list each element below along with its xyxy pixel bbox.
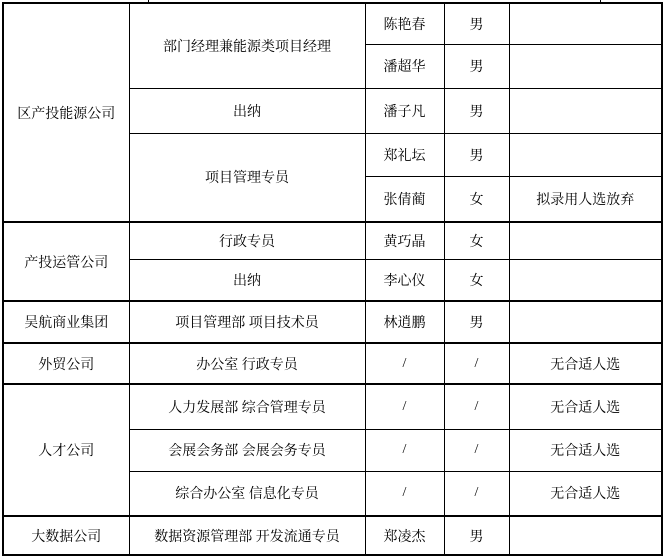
table-row: 人才公司 人力发展部 综合管理专员 / / 无合适人选 [3, 384, 662, 429]
name-cell: / [365, 471, 444, 516]
name-cell: / [365, 384, 444, 429]
gender-cell: 男 [444, 44, 509, 88]
name-cell: 林逍鹏 [365, 301, 444, 343]
gender-cell: 男 [444, 133, 509, 176]
gender-cell: 男 [444, 301, 509, 343]
company-cell: 产投运管公司 [3, 222, 129, 301]
company-cell: 吴航商业集团 [3, 301, 129, 343]
gender-cell: / [444, 384, 509, 429]
remark-cell [509, 516, 662, 555]
table-row: 区产投能源公司 部门经理兼能源类项目经理 陈艳春 男 [3, 3, 662, 44]
name-cell: 李心仪 [365, 259, 444, 301]
remark-cell: 无合适人选 [509, 384, 662, 429]
name-cell: 陈艳春 [365, 3, 444, 44]
position-cell: 办公室 行政专员 [129, 343, 365, 384]
position-cell: 部门经理兼能源类项目经理 [129, 3, 365, 88]
remark-cell [509, 222, 662, 259]
remark-cell: 无合适人选 [509, 429, 662, 471]
position-cell: 会展会务部 会展会务专员 [129, 429, 365, 471]
remark-cell [509, 133, 662, 176]
name-cell: 郑凌杰 [365, 516, 444, 555]
table-row: 外贸公司 办公室 行政专员 / / 无合适人选 [3, 343, 662, 384]
gender-cell: 男 [444, 516, 509, 555]
company-cell: 人才公司 [3, 384, 129, 516]
gender-cell: 女 [444, 176, 509, 222]
table-row: 产投运管公司 行政专员 黄巧晶 女 [3, 222, 662, 259]
name-cell: / [365, 343, 444, 384]
document-page: 区产投能源公司 部门经理兼能源类项目经理 陈艳春 男 潘超华 男 出纳 潘子凡 … [0, 0, 665, 558]
position-cell: 出纳 [129, 88, 365, 133]
gender-cell: 男 [444, 3, 509, 44]
remark-cell: 拟录用人选放弃 [509, 176, 662, 222]
gender-cell: / [444, 471, 509, 516]
table-row: 大数据公司 数据资源管理部 开发流通专员 郑凌杰 男 [3, 516, 662, 555]
position-cell: 综合办公室 信息化专员 [129, 471, 365, 516]
name-cell: 潘子凡 [365, 88, 444, 133]
company-cell: 外贸公司 [3, 343, 129, 384]
company-cell: 大数据公司 [3, 516, 129, 555]
position-cell: 项目管理部 项目技术员 [129, 301, 365, 343]
company-cell: 区产投能源公司 [3, 3, 129, 222]
name-cell: 潘超华 [365, 44, 444, 88]
gender-cell: 女 [444, 259, 509, 301]
name-cell: 张倩蔺 [365, 176, 444, 222]
gender-cell: / [444, 429, 509, 471]
gender-cell: 女 [444, 222, 509, 259]
position-cell: 数据资源管理部 开发流通专员 [129, 516, 365, 555]
position-cell: 项目管理专员 [129, 133, 365, 222]
remark-cell [509, 3, 662, 44]
name-cell: / [365, 429, 444, 471]
remark-cell [509, 88, 662, 133]
position-cell: 行政专员 [129, 222, 365, 259]
name-cell: 黄巧晶 [365, 222, 444, 259]
remark-cell [509, 301, 662, 343]
table-row: 吴航商业集团 项目管理部 项目技术员 林逍鹏 男 [3, 301, 662, 343]
gender-cell: 男 [444, 88, 509, 133]
remark-cell [509, 259, 662, 301]
position-cell: 人力发展部 综合管理专员 [129, 384, 365, 429]
name-cell: 郑礼坛 [365, 133, 444, 176]
position-cell: 出纳 [129, 259, 365, 301]
gender-cell: / [444, 343, 509, 384]
remark-cell [509, 44, 662, 88]
remark-cell: 无合适人选 [509, 471, 662, 516]
remark-cell: 无合适人选 [509, 343, 662, 384]
recruitment-result-table: 区产投能源公司 部门经理兼能源类项目经理 陈艳春 男 潘超华 男 出纳 潘子凡 … [2, 2, 663, 556]
